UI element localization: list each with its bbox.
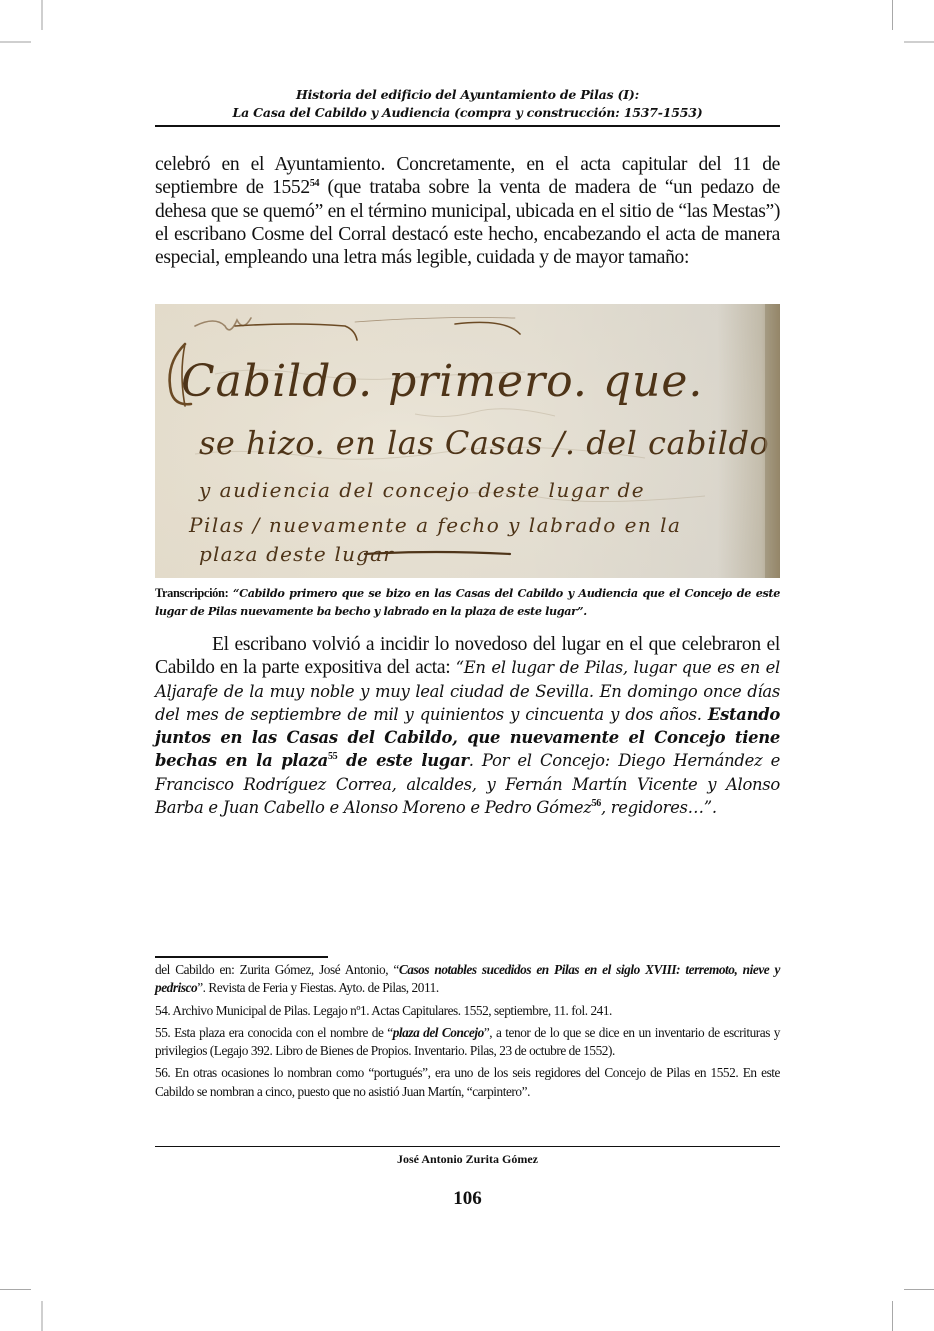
footnote-rule [155,956,328,958]
crop-mark-bl-v [41,1301,43,1331]
paragraph-2: El escribano volvió a incidir lo novedos… [155,633,780,819]
paragraph-2-quote-d: , regidores…”. [601,798,717,817]
footnote-55-a: 55. Esta plaza era conocida con el nombr… [155,1025,393,1040]
footnote-55: 55. Esta plaza era conocida con el nombr… [155,1024,780,1061]
footnote-continued-b: ”. Revista de Feria y Fiestas. Ayto. de … [197,980,439,995]
caption-text: “Cabildo primero que se bizo en las Casa… [155,586,780,618]
running-header-line2: La Casa del Cabildo y Audiencia (compra … [155,104,780,122]
footnote-continued-a: del Cabildo en: Zurita Gómez, José Anton… [155,962,399,977]
manuscript-image: Cabildo. primero. que. se hizo. en las C… [155,304,780,578]
footnote-56: 56. En otras ocasiones lo nombran como “… [155,1064,780,1101]
footer-author: José Antonio Zurita Gómez [155,1152,780,1167]
footer-rule [155,1146,780,1147]
footnote-54: 54. Archivo Municipal de Pilas. Legajo n… [155,1002,780,1020]
crop-mark-br-h [904,1289,934,1290]
running-header: Historia del edificio del Ayuntamiento d… [155,86,780,122]
header-rule [155,125,780,127]
crop-mark-tr-v [892,0,893,30]
footnote-55-italic: plaza del Concejo [393,1025,484,1040]
caption-label: Transcripción: [155,586,228,600]
paragraph-1: celebró en el Ayuntamiento. Concretament… [155,153,780,269]
manuscript-line-1: Cabildo. primero. que. [181,356,703,407]
running-header-line1: Historia del edificio del Ayuntamiento d… [155,86,780,104]
footnotes: del Cabildo en: Zurita Gómez, José Anton… [155,961,780,1105]
crop-mark-tr-h [904,41,934,43]
footnote-ref-54[interactable]: 54 [310,178,319,189]
crop-mark-tl-v [41,0,43,30]
figure-caption: Transcripción: “Cabildo primero que se b… [155,584,780,620]
manuscript-line-4: Pilas / nuevamente a fecho y labrado en … [188,513,681,537]
paragraph-2-quote-bold-b: de este lugar [337,751,468,770]
crop-mark-bl-h [0,1289,31,1290]
crop-mark-tl-h [0,41,31,43]
crop-mark-br-v [892,1301,893,1331]
manuscript-line-2: se hizo. en las Casas /. del cabildo [199,424,769,462]
page-number: 106 [155,1188,780,1210]
footnote-ref-55[interactable]: 55 [328,751,337,762]
footnote-continued: del Cabildo en: Zurita Gómez, José Anton… [155,961,780,998]
footnote-ref-56[interactable]: 56 [592,798,601,809]
manuscript-line-3: y audiencia del concejo deste lugar de [198,478,645,502]
